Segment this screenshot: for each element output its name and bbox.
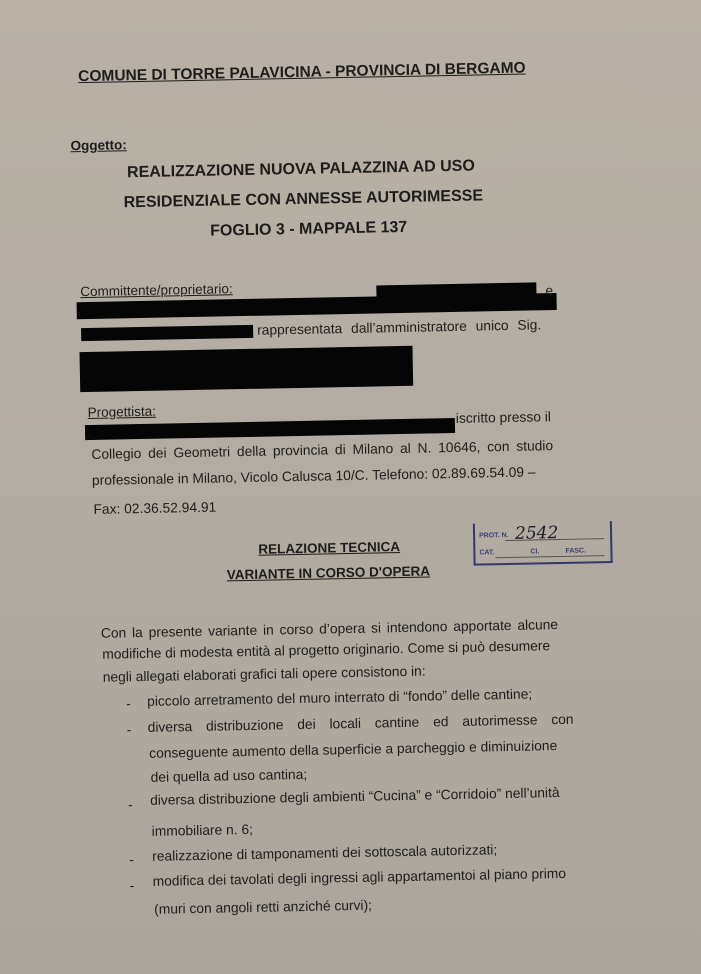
protocol-stamp: PROT. N. 2542 CAT. Cl. FASC. [473,521,613,566]
document-page: COMUNE DI TORRE PALAVICINA - PROVINCIA D… [0,0,701,974]
report-title: RELAZIONE TECNICA [258,539,400,557]
bullet-dash: - [130,878,135,893]
bullet-item-2-line-1: diversa distribuzione dei locali cantine… [148,712,574,735]
bullet-item-5-line-1: modifica dei tavolati degli ingressi agl… [153,866,567,889]
bullet-dash: - [126,696,131,711]
designer-line-3: Fax: 02.36.52.94.91 [93,500,216,517]
client-label: Committente/proprietario: [80,281,233,299]
stamp-cl-label: Cl. [530,548,539,555]
designer-label: Progettista: [88,404,157,420]
bullet-item-1: piccolo arretramento del muro interrato … [147,687,532,709]
designer-line-0-tail: iscritto presso il [456,409,551,426]
stamp-prot-label: PROT. N. [479,532,509,540]
redaction-bar [85,418,455,440]
bullet-dash: - [129,852,134,867]
bullet-dash: - [127,722,132,737]
subject-line-1: REALIZZAZIONE NUOVA PALAZZINA AD USO [127,158,475,183]
bullet-item-3-line-2: immobiliare n. 6; [152,822,253,839]
subject-label: Oggetto: [70,137,127,153]
subject-line-2: RESIDENZIALE CON ANNESSE AUTORIMESSE [123,187,483,212]
bullet-item-4: realizzazione di tamponamenti dei sottos… [152,842,497,864]
subject-line-3: FOGLIO 3 - MAPPALE 137 [210,219,407,241]
intro-line-2: modifiche di modesta entità al progetto … [102,638,550,662]
bullet-item-3-line-1: diversa distribuzione degli ambienti “Cu… [150,785,560,808]
bullet-item-5-line-2: (muri con angoli retti anziché curvi); [154,898,372,917]
designer-line-1: Collegio dei Geometri della provincia di… [91,438,553,462]
report-subtitle: VARIANTE IN CORSO D'OPERA [227,563,430,582]
intro-line-3: negli allegati elaborati grafici tali op… [103,664,426,685]
stamp-cat-label: CAT. [479,549,494,556]
bullet-dash: - [128,797,133,812]
client-represented-text: rappresentata dall’amministratore unico … [257,317,541,337]
bullet-item-2-line-3: dei quella ad uso cantina; [151,767,308,785]
designer-line-2: professionale in Milano, Vicolo Calusca … [92,464,536,488]
intro-line-1: Con la presente variante in corso d’oper… [101,617,558,641]
stamp-fasc-label: FASC. [565,547,586,554]
redaction-block [79,346,413,392]
bullet-item-2-line-2: conseguente aumento della superficie a p… [149,738,557,761]
client-conjunction: e [545,283,553,298]
stamp-line [496,555,605,558]
document-header-title: COMUNE DI TORRE PALAVICINA - PROVINCIA D… [78,60,526,87]
redaction-bar [81,325,253,341]
